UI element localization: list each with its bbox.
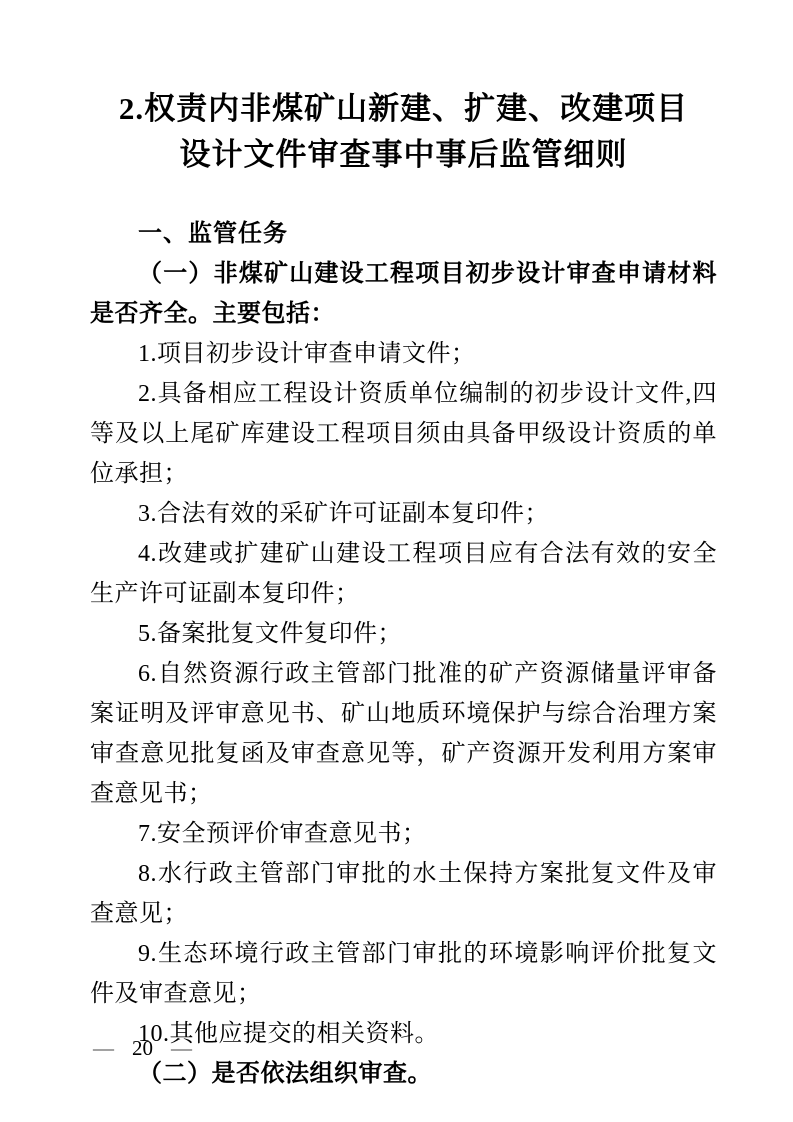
section-heading-supervision-tasks: 一、监管任务 <box>90 214 717 254</box>
document-title-line-1: 2.权责内非煤矿山新建、扩建、改建项目 <box>119 91 688 126</box>
document-title: 2.权责内非煤矿山新建、扩建、改建项目 设计文件审查事中事后监管细则 <box>90 86 717 178</box>
page-footer: — 20 — <box>93 1035 192 1061</box>
list-item-6: 6.自然资源行政主管部门批准的矿产资源储量评审备案证明及评审意见书、矿山地质环境… <box>90 654 717 814</box>
document-page: 2.权责内非煤矿山新建、扩建、改建项目 设计文件审查事中事后监管细则 一、监管任… <box>0 0 793 1122</box>
list-item-9: 9.生态环境行政主管部门审批的环境影响评价批复文件及审查意见； <box>90 934 717 1014</box>
subsection-heading-1: （一）非煤矿山建设工程项目初步设计审查申请材料是否齐全。主要包括： <box>90 254 717 334</box>
footer-left-dash: — <box>93 1035 114 1061</box>
footer-right-dash: — <box>171 1035 192 1061</box>
list-item-7: 7.安全预评价审查意见书； <box>90 814 717 854</box>
list-item-2: 2.具备相应工程设计资质单位编制的初步设计文件,四等及以上尾矿库建设工程项目须由… <box>90 374 717 494</box>
page-number: 20 <box>132 1035 153 1061</box>
document-title-line-2: 设计文件审查事中事后监管细则 <box>180 137 628 172</box>
list-item-8: 8.水行政主管部门审批的水土保持方案批复文件及审查意见； <box>90 854 717 934</box>
list-item-4: 4.改建或扩建矿山建设工程项目应有合法有效的安全生产许可证副本复印件； <box>90 534 717 614</box>
list-item-3: 3.合法有效的采矿许可证副本复印件； <box>90 494 717 534</box>
list-item-5: 5.备案批复文件复印件； <box>90 614 717 654</box>
document-content: 2.权责内非煤矿山新建、扩建、改建项目 设计文件审查事中事后监管细则 一、监管任… <box>90 86 717 1094</box>
list-item-1: 1.项目初步设计审查申请文件； <box>90 334 717 374</box>
